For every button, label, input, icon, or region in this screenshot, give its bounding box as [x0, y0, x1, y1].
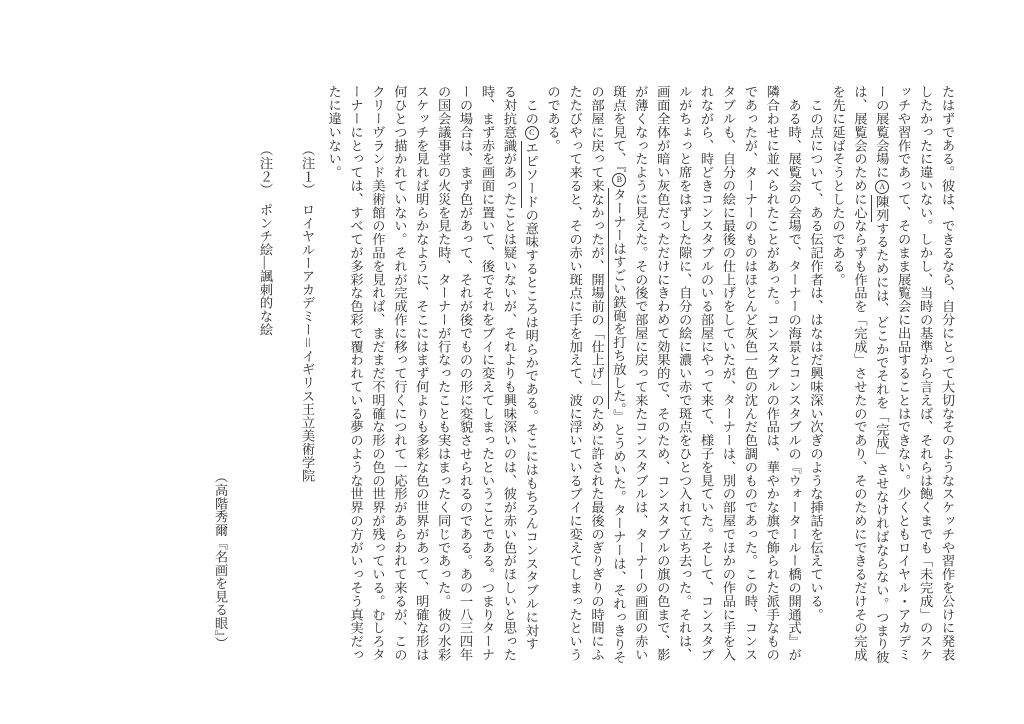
text-run: スケッチを見れば明らかなように、そこにはまず何よりも多彩な色の世界があって、明確…: [414, 85, 429, 661]
text-column: を先に延ばそうとしたのである。: [827, 85, 849, 661]
text-run: の部屋に戻って来なかったが、開場前の「仕上げ」のために許された最後のぎりぎりの時…: [590, 85, 605, 661]
text-column: る対抗意識があったことは疑いないが、それよりも興味深いのは、彼が赤い色がほしいと…: [498, 85, 520, 661]
text-run: 斑点を見て、『: [611, 85, 626, 172]
text-column: であったが、ターナーのものはほとんど灰色一色の沈んだ色調のものであった。この時、…: [739, 85, 761, 661]
text-run: ーの展覧会場に: [874, 85, 889, 179]
text-run: 時、まず赤を画面に置いて、後でそれをブイに変えてしまったということである。つまり…: [480, 85, 495, 661]
text-column: クリーヴランド美術館の作品を見れば、まだまだ不明確な形の色の世界が残っている。む…: [367, 85, 389, 661]
text-run: の国会議事堂の火災を見た時、ターナーが行なったことも実はまったく同じであった。彼…: [436, 85, 451, 661]
text-run: であったが、ターナーのものはほとんど灰色一色の沈んだ色調のものであった。この時、…: [743, 85, 758, 661]
text-run: この点について、ある伝記作者は、はなはだ興味深い次ぎのような挿話を伝えている。: [809, 85, 824, 621]
annotation-marker-b: B: [612, 173, 626, 187]
text-run: れながら、時どきコンスタブルのいる部屋にやって来て、様子を見ていた。そして、コン…: [699, 85, 714, 661]
text-run: る対抗意識があったことは疑いないが、それよりも興味深いのは、彼が赤い色がほしいと…: [502, 85, 517, 661]
text-column: この点について、ある伝記作者は、はなはだ興味深い次ぎのような挿話を伝えている。: [805, 85, 827, 661]
text-run: するためには、どこかでそれを「完成」させなければならない。つまり彼: [874, 222, 889, 664]
text-run: ーナーにとっては、すべてが多彩な色彩で覆われている夢のような世界の方がいっそう真…: [349, 85, 364, 661]
text-run: たはずである。彼は、できるなら、自分にとって大切なそのようなスケッチや習作を公け…: [940, 85, 955, 661]
text-run: を先に延ばそうとしたのである。: [830, 85, 845, 286]
text-column: 何ひとつ描かれていない。それが完成作に移って行くにつれて一応形があらわれて来るが…: [388, 85, 410, 661]
text-run: クリーヴランド美術館の作品を見れば、まだまだ不明確な形の色の世界が残っている。む…: [370, 85, 385, 661]
annotation-marker-a: A: [875, 180, 889, 194]
underlined-phrase: エピソード: [521, 141, 539, 208]
underlined-phrase: ターナーはすごい鉄砲を打ち放した。: [608, 188, 626, 409]
notes: （注１） ロイヤルーアカデミー＝イギリス王立美術学院（注２） ポンチ絵―諷刺的な…: [244, 143, 328, 543]
text-column: たたびやって来ると、その赤い斑点に手を加えて、波に浮いているブイに変えてしまった…: [564, 85, 586, 661]
text-run: ッチや習作であって、そのまま展覧会に出品することはできない。少くともロイヤル・ア…: [896, 85, 911, 661]
text-column: したかったに違いない。しかし、当時の基準から言えば、それらは飽くまでも「未完成」…: [914, 85, 936, 661]
text-column: 時、まず赤を画面に置いて、後でそれをブイに変えてしまったということである。つまり…: [476, 85, 498, 661]
text-run: ある時、展覧会の会場で、ターナーの海景とコンスタブルの『ウォータールー橋の開通式…: [787, 85, 802, 661]
text-column: ーの展覧会場にA陳列するためには、どこかでそれを「完成」させなければならない。つ…: [870, 85, 892, 661]
text-column: たはずである。彼は、できるなら、自分にとって大切なそのようなスケッチや習作を公け…: [936, 85, 958, 661]
annotation-marker-c: C: [525, 126, 539, 140]
text-column: タブルも、自分の絵に最後の仕上げをしていたが、ターナーは、別の部屋でほかの作品に…: [717, 85, 739, 661]
text-run: は、展覧会のために心ならずも作品を「完成」させたのであり、そのためにできるだけそ…: [852, 85, 867, 661]
note-item: （注１） ロイヤルーアカデミー＝イギリス王立美術学院: [286, 143, 328, 543]
text-run: たに違いない。: [327, 85, 342, 179]
text-run: のである。: [546, 85, 561, 152]
text-run: したかったに違いない。しかし、当時の基準から言えば、それらは飽くまでも「未完成」…: [918, 85, 933, 661]
text-column: ーナーにとっては、すべてが多彩な色彩で覆われている夢のような世界の方がいっそう真…: [345, 85, 367, 661]
text-column: の国会議事堂の火災を見た時、ターナーが行なったことも実はまったく同じであった。彼…: [432, 85, 454, 661]
text-column: は、展覧会のために心ならずも作品を「完成」させたのであり、そのためにできるだけそ…: [848, 85, 870, 661]
text-run: 何ひとつ描かれていない。それが完成作に移って行くにつれて一応形があらわれて来るが…: [392, 85, 407, 661]
underlined-phrase: 陳列: [871, 195, 889, 222]
text-run: 画面全体が暗い灰色だっただけにきわめて効果的で、そのため、コンスタブルの旗の色ま…: [655, 85, 670, 661]
text-column: 斑点を見て、『Bターナーはすごい鉄砲を打ち放した。』とうめいた。ターナーは、それ…: [608, 85, 630, 661]
text-run: が薄くなったように見えた。その後で部屋に戻って来たコンスタブルは、ターナーの画面…: [633, 85, 648, 661]
text-run: ルがちょっと席をはずした隙に、自分の絵に濃い赤で斑点をひとつ入れて立ち去った。そ…: [677, 85, 692, 661]
text-column: このCエピソードの意味するところは明らかである。そこにはもちろんコンスタブルに対…: [520, 85, 542, 661]
text-run: タブルも、自分の絵に最後の仕上げをしていたが、ターナーは、別の部屋でほかの作品に…: [721, 85, 736, 661]
text-run: この: [524, 85, 539, 125]
text-column: 画面全体が暗い灰色だっただけにきわめて効果的で、そのため、コンスタブルの旗の色ま…: [651, 85, 673, 661]
text-column: れながら、時どきコンスタブルのいる部屋にやって来て、様子を見ていた。そして、コン…: [695, 85, 717, 661]
text-run: ーの場合は、まず色があって、それが後でものの形に変貌させられるのである。あの一八…: [458, 85, 473, 661]
text-run: 隣合わせに並べられたことがあった。コンスタブルの作品は、華やかな旗で飾られた派手…: [765, 85, 780, 661]
text-column: ッチや習作であって、そのまま展覧会に出品することはできない。少くともロイヤル・ア…: [892, 85, 914, 661]
text-column: ーの場合は、まず色があって、それが後でものの形に変貌させられるのである。あの一八…: [454, 85, 476, 661]
text-column: ある時、展覧会の会場で、ターナーの海景とコンスタブルの『ウォータールー橋の開通式…: [783, 85, 805, 661]
text-column: の部屋に戻って来なかったが、開場前の「仕上げ」のために許された最後のぎりぎりの時…: [586, 85, 608, 661]
text-column: ルがちょっと席をはずした隙に、自分の絵に濃い赤で斑点をひとつ入れて立ち去った。そ…: [673, 85, 695, 661]
text-column: スケッチを見れば明らかなように、そこにはまず何よりも多彩な色の世界があって、明確…: [410, 85, 432, 661]
text-run: の意味するところは明らかである。そこにはもちろんコンスタブルに対す: [524, 208, 539, 650]
passage-body: たはずである。彼は、できるなら、自分にとって大切なそのようなスケッチや習作を公け…: [323, 85, 958, 661]
document-page: { "page": { "background": "#ffffff", "te…: [0, 0, 1024, 724]
text-column: 隣合わせに並べられたことがあった。コンスタブルの作品は、華やかな旗で飾られた派手…: [761, 85, 783, 661]
text-column: のである。: [542, 85, 564, 661]
note-item: （注２） ポンチ絵―諷刺的な絵: [244, 143, 286, 543]
attribution: （高階秀爾『名画を見る眼』）: [209, 470, 231, 670]
text-column: が薄くなったように見えた。その後で部屋に戻って来たコンスタブルは、ターナーの画面…: [629, 85, 651, 661]
text-run: 』とうめいた。ターナーは、それっきりそ: [611, 409, 626, 664]
text-run: たたびやって来ると、その赤い斑点に手を加えて、波に浮いているブイに変えてしまった…: [568, 85, 583, 661]
